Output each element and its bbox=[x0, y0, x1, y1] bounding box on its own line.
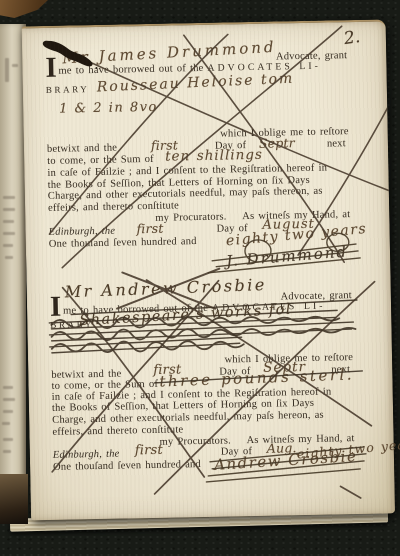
page-edge-ghost-text bbox=[3, 220, 14, 223]
page-edge-ghost-text bbox=[5, 58, 9, 82]
spine-leather-corner bbox=[0, 0, 48, 18]
page-edge-ghost-text bbox=[5, 256, 13, 259]
page-edge-ghost-text bbox=[3, 232, 15, 235]
page-edge-ghost-text bbox=[2, 422, 10, 425]
page-edge-ghost-text bbox=[3, 244, 13, 247]
page-edge-ghost-text bbox=[3, 450, 11, 453]
book-photo: 2. Mr James Drummond Advocate, grant I m… bbox=[0, 0, 400, 556]
page-edge-ghost-text bbox=[3, 386, 13, 389]
bottom-left-binding-shadow bbox=[0, 474, 28, 524]
signed-day: first bbox=[135, 445, 163, 457]
register-page: 2. Mr James Drummond Advocate, grant I m… bbox=[22, 19, 395, 520]
page-edge-ghost-text bbox=[3, 196, 15, 199]
page-edge-ghost-text bbox=[3, 438, 13, 441]
page-edge-ghost-text bbox=[3, 398, 15, 401]
printed-initial: I bbox=[50, 294, 62, 320]
page-edge-ghost-text bbox=[3, 208, 15, 211]
page-edge-ghost-text bbox=[12, 64, 18, 67]
entry-2: Mr Andrew Crosbie Advocate, grant I me t… bbox=[22, 21, 395, 520]
penalty-sum: three pounds sterl. bbox=[159, 369, 354, 387]
page-edge-ghost-text bbox=[3, 410, 13, 413]
